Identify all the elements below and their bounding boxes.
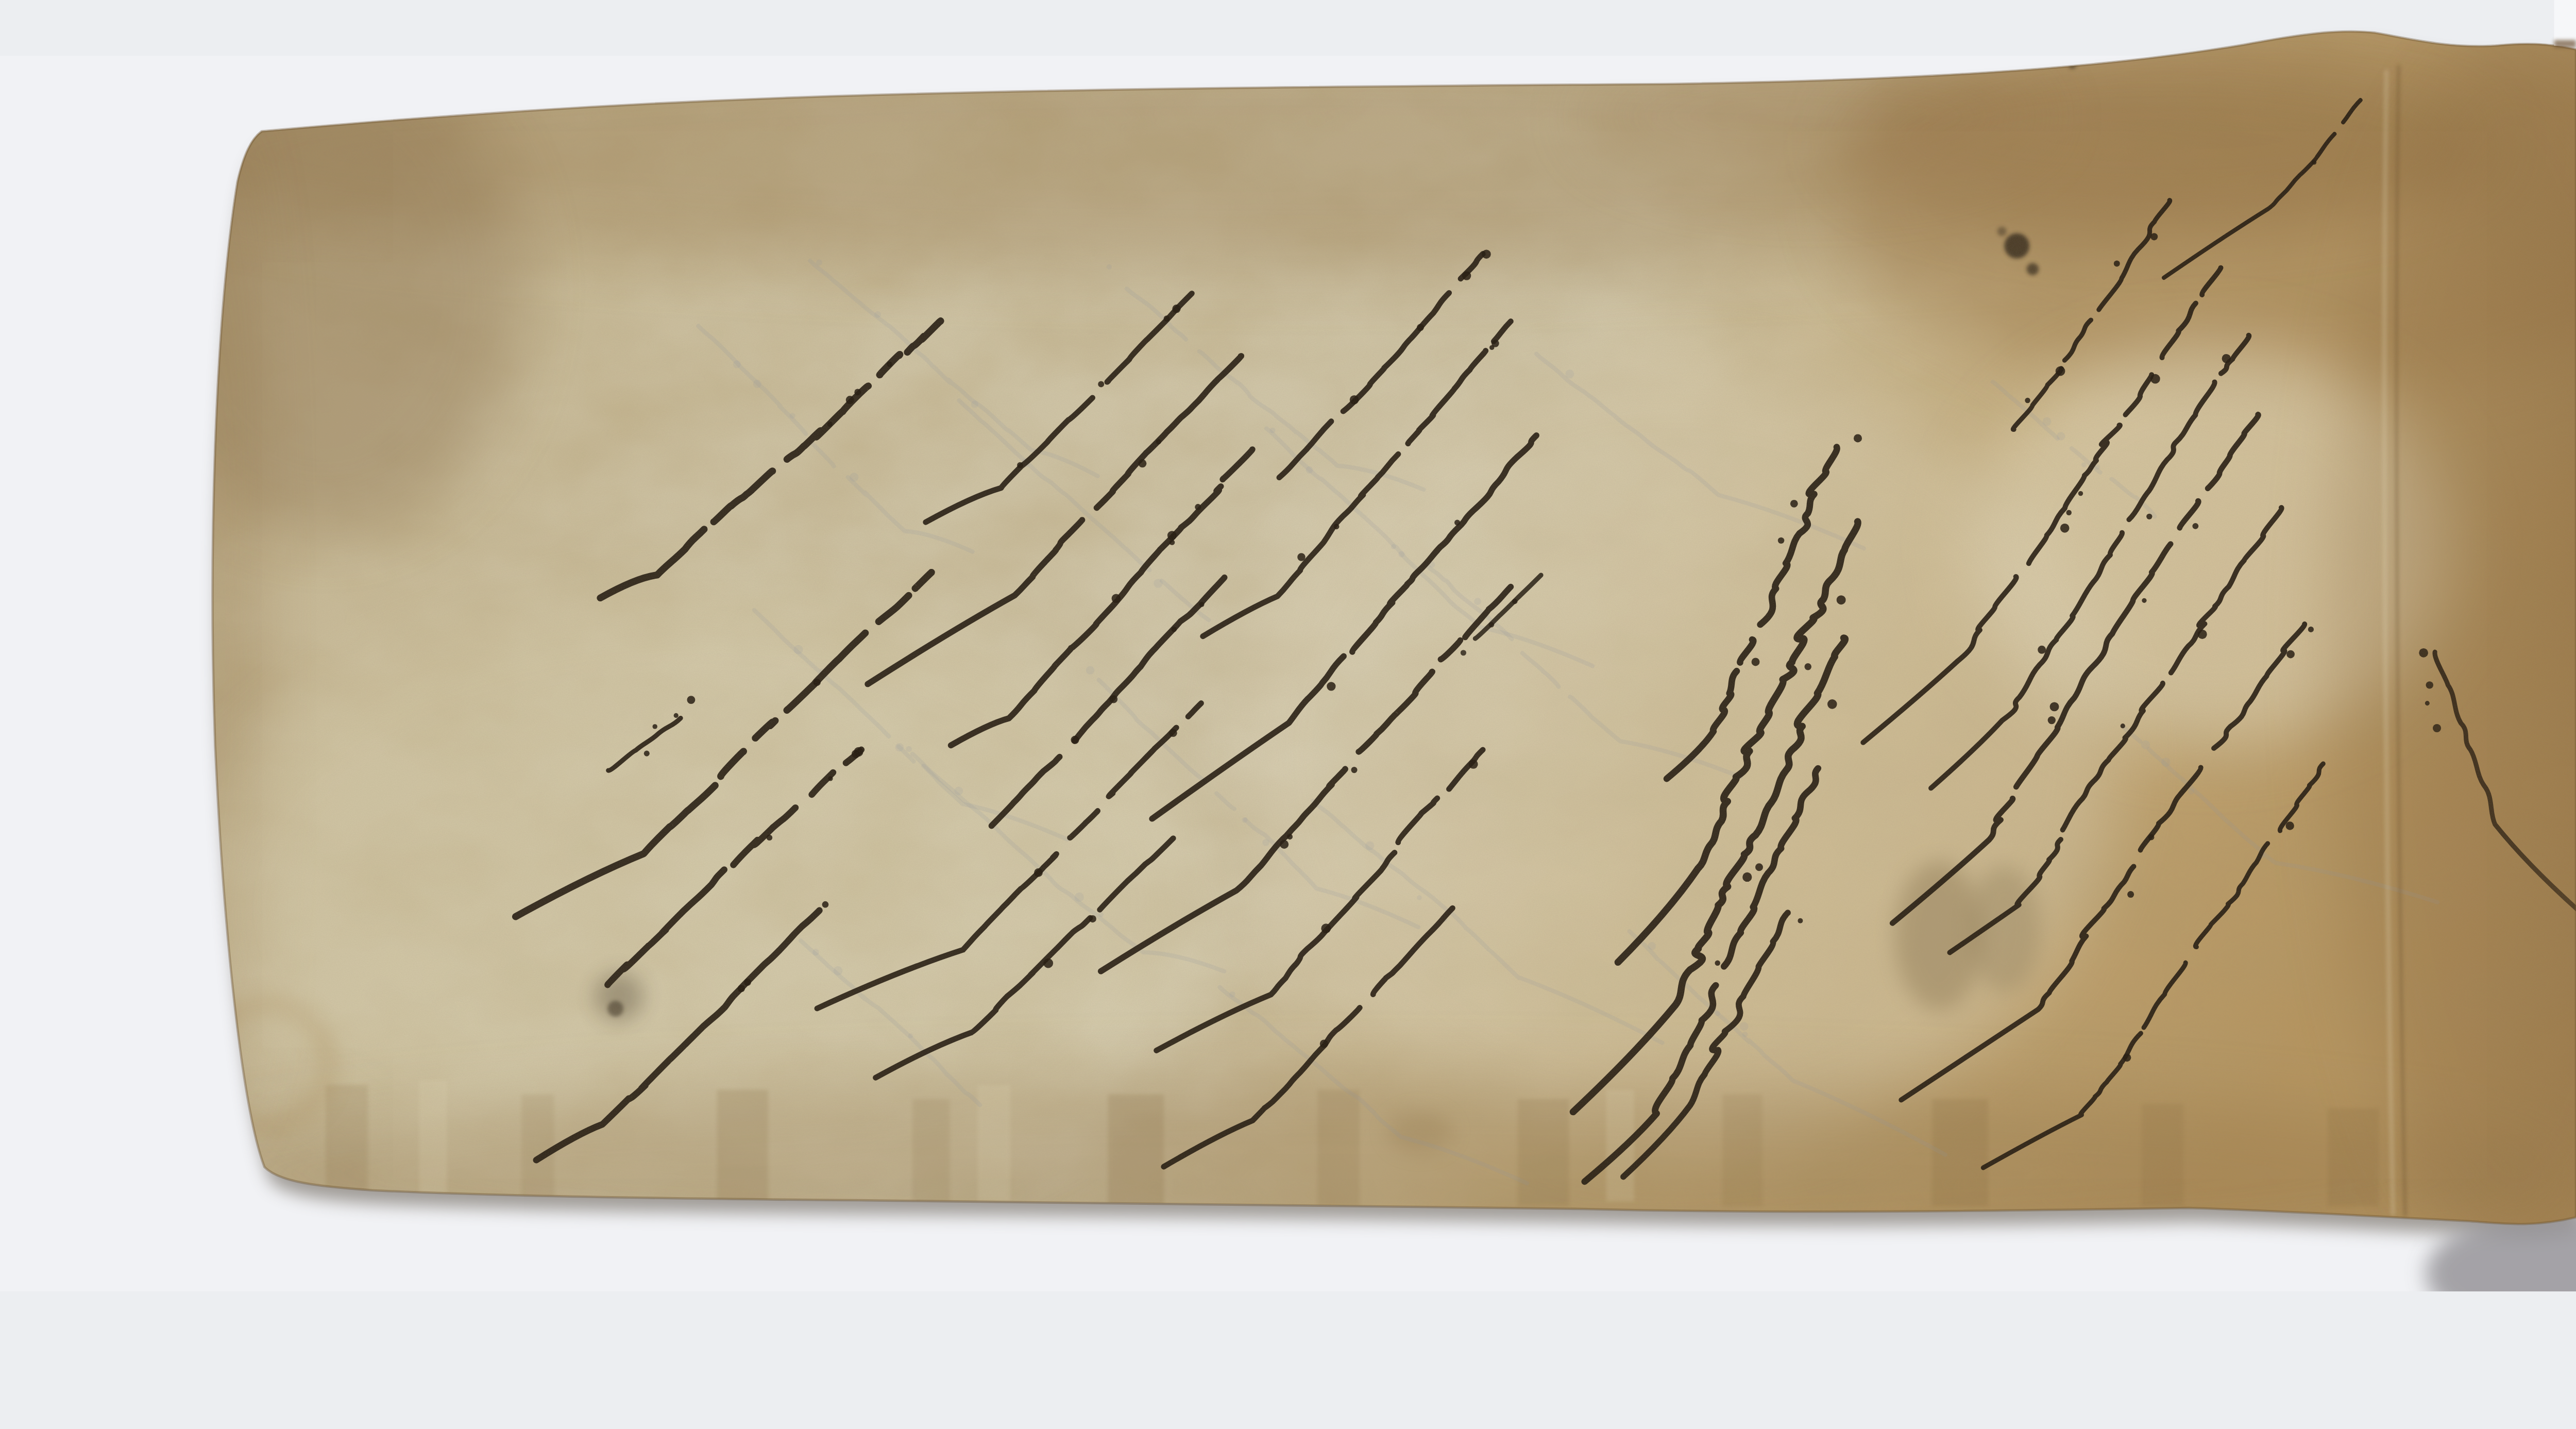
photo-stage: Photograph of a worn, tan manuscript lea… [0, 0, 2576, 1291]
adjacent-leaf-edge-shadow [2554, 40, 2576, 47]
manuscript-page [93, 5, 2576, 1271]
adjacent-leaf-corner [2554, 0, 2576, 47]
adjacent-leaf-paper [2554, 0, 2576, 46]
manuscript-photo: Aged manuscript page with diagonal Arabi… [0, 0, 2576, 1291]
paper-grain-texture [196, 19, 2576, 1230]
